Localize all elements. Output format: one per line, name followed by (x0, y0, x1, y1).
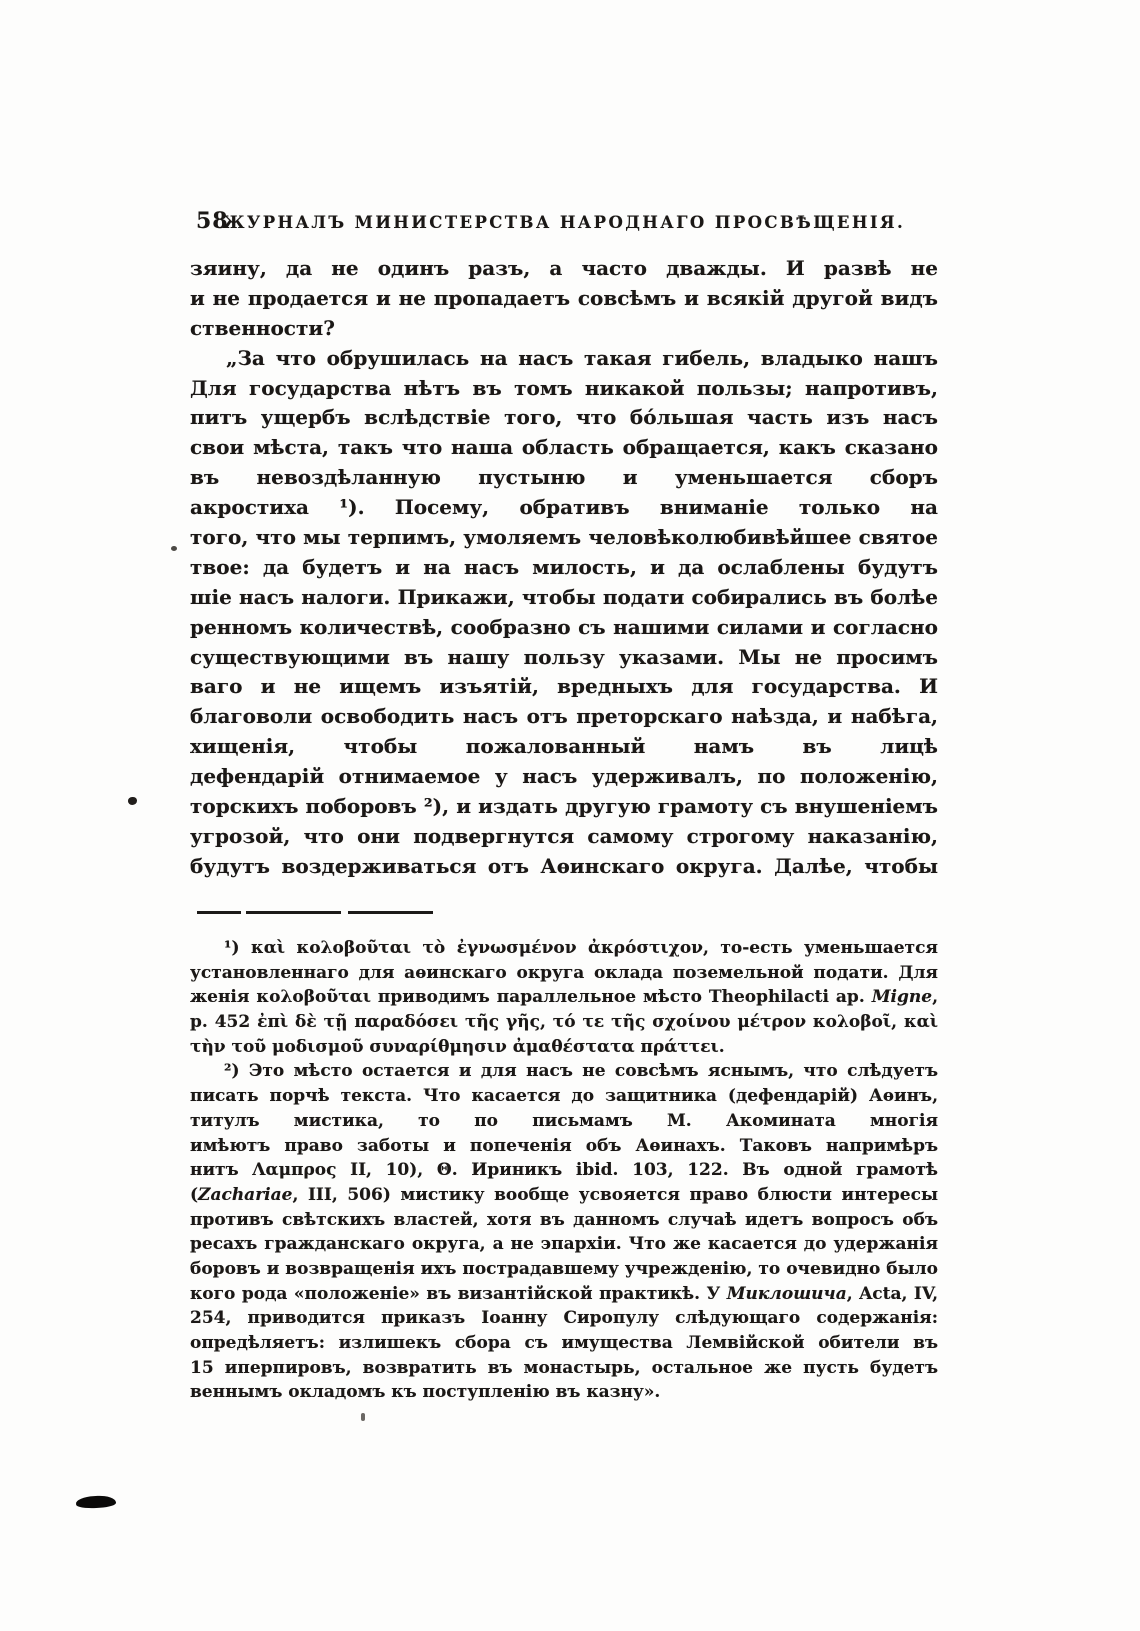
text-line: свои мѣста, такъ что наша область обраща… (190, 433, 938, 463)
text-segment: титулъ мистика, то по письмамъ М. Акомин… (190, 1111, 938, 1134)
text-line: существующими въ нашу пользу указами. Мы… (190, 643, 938, 673)
text-line: того, что мы терпимъ, умоляемъ человѣкол… (190, 523, 938, 553)
text-segment: акростиха ¹). Посему, обративъ вниманіе … (190, 495, 938, 523)
text-line: хищенія, чтобы пожалованный намъ въ лицѣ… (190, 732, 938, 762)
text-segment: 15 иперпировъ, возвратить въ монастырь, … (190, 1358, 938, 1381)
scan-speck (128, 797, 137, 805)
text-line: веннымъ окладомъ къ поступленію въ казну… (190, 1380, 938, 1405)
text-line: акростиха ¹). Посему, обративъ вниманіе … (190, 493, 938, 523)
text-segment: опредѣляетъ: излишекъ сбора съ имущества… (190, 1333, 938, 1356)
text-line: ресахъ гражданскаго округа, а не эпархіи… (190, 1232, 938, 1257)
text-line: угрозой, что они подвергнутся самому стр… (190, 822, 938, 852)
text-line: нитъ Λαμπρος II, 10), Θ. Ириникъ ibid. 1… (190, 1158, 938, 1183)
text-segment: боровъ и возвращенія ихъ пострадавшему у… (190, 1259, 938, 1282)
text-line: τὴν τοῦ μοδισμοῦ συναρίθμησιν ἀμαθέστατα… (190, 1035, 938, 1060)
text-segment: ¹) καὶ κολοβοῦται τὸ ἐγνωσμένον ἀκρόστιχ… (224, 938, 938, 961)
text-line: ²) Это мѣсто остается и для насъ не совс… (190, 1059, 938, 1084)
text-line: опредѣляетъ: излишекъ сбора съ имущества… (190, 1331, 938, 1356)
italic-text: Zachariae (198, 1185, 292, 1205)
text-segment: нитъ Λαμπρος II, 10), Θ. Ириникъ ibid. 1… (190, 1160, 938, 1183)
text-segment: шіе насъ налоги. Прикажи, чтобы подати с… (190, 585, 938, 613)
text-segment: противъ свѣтскихъ властей, хотя въ данно… (190, 1210, 938, 1233)
text-line: (Zachariae, III, 506) мистику вообще усв… (190, 1183, 938, 1208)
text-line: въ невоздѣланную пустыню и уменьшается с… (190, 463, 938, 493)
text-segment: установленнаго для аѳинскаго округа окла… (190, 963, 938, 986)
text-line: женія κολοβοῦται приводимъ параллельное … (190, 985, 938, 1010)
running-title: ЖУРНАЛЪ МИНИСТЕРСТВА НАРОДНАГО ПРОСВѢЩЕН… (190, 206, 938, 232)
italic-text: Migne (872, 987, 932, 1007)
text-segment: ресахъ гражданскаго округа, а не эпархіи… (190, 1234, 938, 1257)
text-segment: Для государства нѣтъ въ томъ никакой пол… (190, 376, 938, 404)
text-segment: ( (190, 1185, 198, 1205)
text-segment: будутъ воздерживаться отъ Аѳинскаго окру… (190, 854, 938, 882)
text-segment: ренномъ количествѣ, сообразно съ нашими … (190, 615, 938, 643)
text-line: благоволи освободить насъ отъ преторскаг… (190, 702, 938, 732)
text-segment: писать порчѣ текста. Что касается до защ… (190, 1086, 938, 1109)
ink-blob-artifact (76, 1495, 117, 1509)
text-segment: кого рода «положеніе» въ византійской пр… (190, 1284, 727, 1304)
text-line: противъ свѣтскихъ властей, хотя въ данно… (190, 1208, 938, 1233)
text-segment: τὴν τοῦ μοδισμοῦ συναρίθμησιν ἀμαθέστατα… (190, 1037, 725, 1057)
text-line: твое: да будетъ и на насъ милость, и да … (190, 553, 938, 583)
text-block: ²) Это мѣсто остается и для насъ не совс… (190, 1059, 938, 1405)
text-line: кого рода «положеніе» въ византійской пр… (190, 1282, 938, 1307)
text-block: „За что обрушилась на насъ такая гибель,… (190, 344, 938, 882)
text-segment: дефендарій отнимаемое у насъ удерживалъ,… (190, 764, 938, 792)
text-line: 15 иперпировъ, возвратить въ монастырь, … (190, 1356, 938, 1381)
text-segment: твое: да будетъ и на насъ милость, и да … (190, 555, 938, 583)
text-segment: того, что мы терпимъ, умоляемъ человѣкол… (190, 525, 938, 553)
text-segment: ственности? (190, 316, 335, 340)
italic-text: Миклошича (727, 1284, 847, 1304)
body-text: зяину, да не одинъ разъ, а часто дважды.… (190, 254, 938, 882)
text-segment: и не продается и не пропадаетъ совсѣмъ и… (190, 286, 938, 314)
text-segment: ²) Это мѣсто остается и для насъ не совс… (224, 1061, 938, 1084)
text-segment: , III, 506) мистику вообще усвояется пра… (190, 1185, 938, 1208)
text-line: имѣютъ право заботы и попеченія объ Аѳин… (190, 1134, 938, 1159)
text-line: питъ ущербъ вслѣдствіе того, что бо́льша… (190, 403, 938, 433)
footnotes: ¹) καὶ κολοβοῦται τὸ ἐγνωσμένον ἀκρόστιχ… (190, 936, 938, 1405)
text-segment: благоволи освободить насъ отъ преторскаг… (190, 704, 938, 732)
text-segment: „За что обрушилась на насъ такая гибель,… (226, 346, 938, 374)
text-line: шіе насъ налоги. Прикажи, чтобы подати с… (190, 583, 938, 613)
text-line: 254, приводится приказъ Іоанну Сиропулу … (190, 1306, 938, 1331)
page-number: 58 (196, 208, 229, 234)
text-line: боровъ и возвращенія ихъ пострадавшему у… (190, 1257, 938, 1282)
text-line: „За что обрушилась на насъ такая гибель,… (190, 344, 938, 374)
text-line: Для государства нѣтъ въ томъ никакой пол… (190, 374, 938, 404)
text-line: торскихъ поборовъ ²), и издать другую гр… (190, 792, 938, 822)
text-segment: имѣютъ право заботы и попеченія объ Аѳин… (190, 1136, 938, 1159)
text-segment: веннымъ окладомъ къ поступленію въ казну… (190, 1382, 660, 1402)
text-line: титулъ мистика, то по письмамъ М. Акомин… (190, 1109, 938, 1134)
footnote-separator (197, 911, 433, 914)
text-segment: питъ ущербъ вслѣдствіе того, что бо́льша… (190, 405, 938, 433)
text-line: зяину, да не одинъ разъ, а часто дважды.… (190, 254, 938, 284)
text-block: зяину, да не одинъ разъ, а часто дважды.… (190, 254, 938, 344)
text-segment: существующими въ нашу пользу указами. Мы… (190, 645, 938, 673)
text-line: ренномъ количествѣ, сообразно съ нашими … (190, 613, 938, 643)
text-segment: свои мѣста, такъ что наша область обраща… (190, 435, 938, 463)
text-segment: 254, приводится приказъ Іоанну Сиропулу … (190, 1308, 938, 1331)
scan-speck (171, 546, 177, 551)
scanned-page: 58 ЖУРНАЛЪ МИНИСТЕРСТВА НАРОДНАГО ПРОСВѢ… (0, 0, 1140, 1631)
text-block: ¹) καὶ κολοβοῦται τὸ ἐγνωσμένον ἀκρόστιχ… (190, 936, 938, 1059)
scan-speck (361, 1413, 365, 1421)
text-line: ственности? (190, 314, 938, 344)
text-segment: въ невоздѣланную пустыню и уменьшается с… (190, 465, 938, 493)
text-line: p. 452 ἐπὶ δὲ τῇ παραδόσει τῆς γῆς, τό τ… (190, 1010, 938, 1035)
text-line: писать порчѣ текста. Что касается до защ… (190, 1084, 938, 1109)
page-header: 58 ЖУРНАЛЪ МИНИСТЕРСТВА НАРОДНАГО ПРОСВѢ… (190, 206, 938, 240)
text-line: ¹) καὶ κολοβοῦται τὸ ἐγνωσμένον ἀκρόστιχ… (190, 936, 938, 961)
text-line: дефендарій отнимаемое у насъ удерживалъ,… (190, 762, 938, 792)
text-segment: p. 452 ἐπὶ δὲ τῇ παραδόσει τῆς γῆς, τό τ… (190, 1012, 938, 1035)
text-segment: женія κολοβοῦται приводимъ параллельное … (190, 987, 872, 1007)
text-segment: ваго и не ищемъ изъятій, вредныхъ для го… (190, 674, 938, 702)
text-segment: хищенія, чтобы пожалованный намъ въ лицѣ… (190, 734, 938, 762)
text-segment: угрозой, что они подвергнутся самому стр… (190, 824, 938, 852)
text-line: будутъ воздерживаться отъ Аѳинскаго окру… (190, 852, 938, 882)
text-segment: торскихъ поборовъ ²), и издать другую гр… (190, 794, 938, 822)
text-line: ваго и не ищемъ изъятій, вредныхъ для го… (190, 672, 938, 702)
text-line: и не продается и не пропадаетъ совсѣмъ и… (190, 284, 938, 314)
text-segment: зяину, да не одинъ разъ, а часто дважды.… (190, 256, 938, 284)
text-line: установленнаго для аѳинскаго округа окла… (190, 961, 938, 986)
